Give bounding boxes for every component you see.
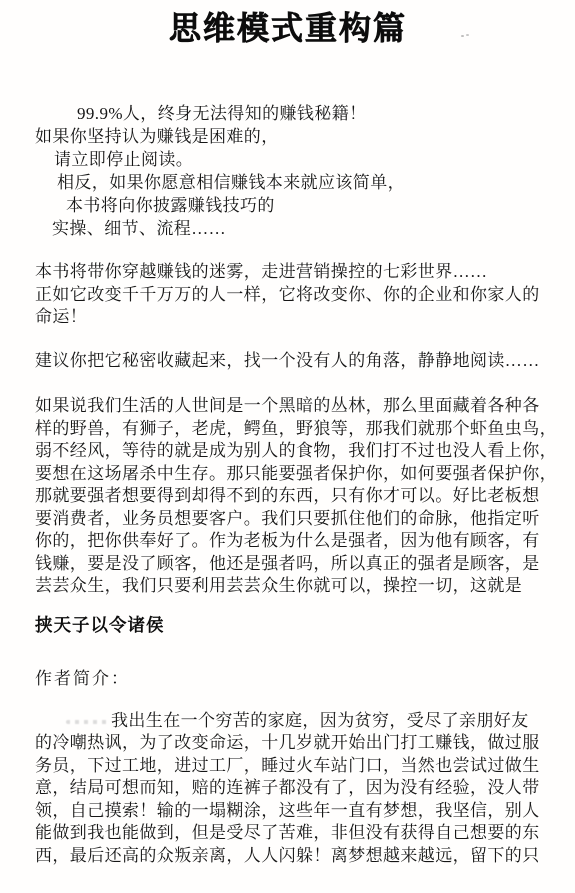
scanned-document-page: 思维模式重构篇 99.9%人，终身无法得知的赚钱秘籍！ 如果你坚持认为赚钱是困难…	[0, 0, 575, 893]
scan-artifact-dots	[461, 33, 471, 38]
paragraph-line: 本书将带你穿越赚钱的迷雾，走进营销操控的七彩世界……	[35, 261, 541, 284]
paragraph-line: 弱不经风，等待的就是成为别人的食物，我们打不过也没人看上你，	[35, 440, 541, 463]
paragraph-line: 务员，下过工地，进过工厂，睡过火车站门口，当然也尝试过做生	[35, 755, 541, 778]
paragraph-line: 那就要强者想要得到却得不到的东西，只有你才可以。好比老板想	[35, 485, 541, 508]
author-bio-paragraph: 我出生在一个穷苦的家庭，因为贫穷，受尽了亲朋好友 的冷嘲热讽，为了改变命运，十几…	[35, 710, 541, 868]
paragraph-line: 建议你把它秘密收藏起来，找一个没有人的角落，静静地阅读……	[35, 350, 541, 373]
opening-line: 99.9%人，终身无法得知的赚钱秘籍！	[35, 102, 541, 125]
paragraph-line: 要想在这场屠杀中生存。那只能要强者保护你，如何要强者保护你，	[35, 463, 541, 486]
paragraph-line: 正如它改变千千万万的人一样，它将改变你、你的企业和你家人的	[35, 284, 541, 307]
paragraph-line: 意，结局可想而知，赔的连裤子都没有了，因为没有经验，没人带	[35, 777, 541, 800]
paragraph-line: 西，最后还高的众叛亲离，人人闪躲！离梦想越来越远，留下的只	[35, 845, 541, 868]
paragraph-line: 领，自己摸索！输的一塌糊涂，这些年一直有梦想，我坚信，别人	[35, 800, 541, 823]
promise-paragraph: 本书将带你穿越赚钱的迷雾，走进营销操控的七彩世界…… 正如它改变千千万万的人一样…	[35, 261, 541, 329]
opening-line: 请立即停止阅读。	[35, 148, 541, 171]
paragraph-line: 能做到我也能做到，但是受尽了苦难，非但没有获得自己想要的东	[35, 822, 541, 845]
paragraph-line: 我出生在一个穷苦的家庭，因为贫穷，受尽了亲朋好友	[35, 710, 541, 733]
jungle-paragraph: 如果说我们生活的人世间是一个黑暗的丛林，那么里面藏着各种各 样的野兽，有狮子，老…	[35, 395, 541, 598]
opening-line: 如果你坚持认为赚钱是困难的，	[35, 125, 541, 148]
page-title: 思维模式重构篇	[35, 6, 541, 50]
paragraph-line: 如果说我们生活的人世间是一个黑暗的丛林，那么里面藏着各种各	[35, 395, 541, 418]
opening-line: 相反，如果你愿意相信赚钱本来就应该简单，	[35, 171, 541, 194]
paragraph-line: 样的野兽，有狮子，老虎，鳄鱼，野狼等，那我们就那个虾鱼虫鸟，	[35, 418, 541, 441]
paragraph-line: 要消费者，业务员想要客户。我们只要抓住他们的命脉，他指定听	[35, 508, 541, 531]
paragraph-line: 芸芸众生，我们只要利用芸芸众生你就可以，操控一切，这就是	[35, 575, 541, 598]
opening-line: 本书将向你披露赚钱技巧的	[35, 194, 541, 217]
section-subheading: 挟天子以令诸侯	[35, 614, 541, 637]
paragraph-line: 的冷嘲热讽，为了改变命运，十几岁就开始出门打工赚钱，做过服	[35, 732, 541, 755]
advice-paragraph: 建议你把它秘密收藏起来，找一个没有人的角落，静静地阅读……	[35, 350, 541, 373]
paragraph-line: 你的，把你供奉好了。作为老板为什么是强者，因为他有顾客，有	[35, 530, 541, 553]
opening-line: 实操、细节、流程……	[35, 217, 541, 240]
author-intro-label: 作者简介：	[35, 667, 541, 690]
scan-artifact-smudge	[66, 720, 108, 724]
paragraph-line: 命运！	[35, 306, 541, 329]
opening-section: 99.9%人，终身无法得知的赚钱秘籍！ 如果你坚持认为赚钱是困难的， 请立即停止…	[35, 102, 541, 240]
paragraph-line: 钱赚，要是没了顾客，他还是强者吗，所以真正的强者是顾客，是	[35, 553, 541, 576]
